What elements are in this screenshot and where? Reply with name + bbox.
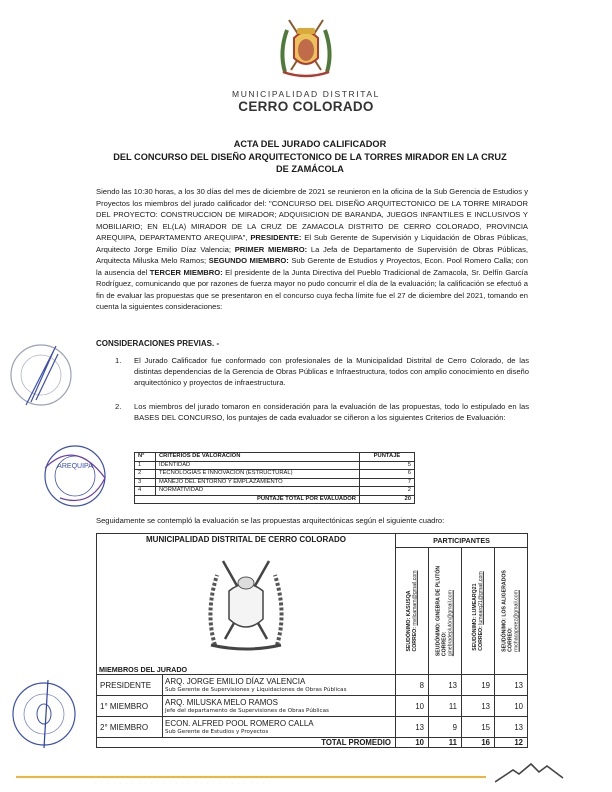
criterion-number: 4 <box>135 487 156 496</box>
member-role: 2° MIEMBRO <box>97 717 163 738</box>
member-role: PRESIDENTE <box>97 675 163 696</box>
member-job: Jefe del departamento de Supervisiones d… <box>165 707 393 715</box>
score-cell: 11 <box>429 696 462 717</box>
criterion-name: IDENTIDAD <box>156 461 360 470</box>
score-cell: 13 <box>495 675 528 696</box>
table-row: 4 NORMATIVIDAD 2 <box>135 487 415 496</box>
official-stamp-icon <box>6 340 76 410</box>
jury-label: MIEMBROS DEL JURADO <box>97 665 396 675</box>
total-label: TOTAL PROMEDIO <box>97 738 396 748</box>
participant-email: mvilcamam@gmail.com <box>412 570 418 625</box>
evaluation-intro: Seguidamente se contempló la evaluación … <box>96 516 444 525</box>
col-header-score: PUNTAJE <box>360 453 415 462</box>
official-stamp-icon: AREQUIPA <box>40 438 110 514</box>
member-job: Sub Gerente de Estudios y Proyectos <box>165 728 393 736</box>
participants-header: PARTICIPANTES <box>396 534 528 548</box>
participant-email: lumearq21@gmail.com <box>478 571 484 624</box>
intro-paragraph: Siendo las 10:30 horas, a los 30 días de… <box>96 186 528 313</box>
criterion-number: 2 <box>135 470 156 479</box>
score-cell: 13 <box>429 675 462 696</box>
table-row: 3 MANEJO DEL ENTORNO Y EMPLAZAMIENTO 7 <box>135 478 415 487</box>
mountains-logo-icon <box>495 762 575 784</box>
score-cell: 10 <box>396 696 429 717</box>
criterion-number: 1 <box>135 461 156 470</box>
score-cell: 10 <box>495 696 528 717</box>
total-score: 10 <box>396 738 429 748</box>
criterion-number: 3 <box>135 478 156 487</box>
table-row: PRESIDENTE ARQ. JORGE EMILIO DÍAZ VALENC… <box>97 675 528 696</box>
criteria-total-label: PUNTAJE TOTAL POR EVALUADOR <box>135 495 360 504</box>
table-row: 1 IDENTIDAD 5 <box>135 461 415 470</box>
official-stamp-icon <box>8 678 80 750</box>
criterion-name: MANEJO DEL ENTORNO Y EMPLAZAMIENTO <box>156 478 360 487</box>
participant-email: rmchacaperez@gmail.com <box>514 570 520 652</box>
criterion-score: 5 <box>360 461 415 470</box>
svg-text:AREQUIPA: AREQUIPA <box>57 463 93 470</box>
score-cell: 13 <box>462 696 495 717</box>
member-name: ARQ. MILUSKA MELO RAMOS <box>165 698 393 707</box>
score-cell: 13 <box>396 717 429 738</box>
total-row: TOTAL PROMEDIO 10 11 16 12 <box>97 738 528 748</box>
participant-header: SEUDÓNIMO: LUMEARQ21CORREO: lumearq21@gm… <box>462 547 495 675</box>
score-cell: 8 <box>396 675 429 696</box>
score-cell: 19 <box>462 675 495 696</box>
table-row: 2 TECNOLOGÍAS E INNOVACIÓN (ESTRUCTURAL)… <box>135 470 415 479</box>
participant-header: SEUDÓNIMO: GINEBRA DE PLUTÓNCORREO:gineb… <box>429 547 462 675</box>
total-score: 12 <box>495 738 528 748</box>
member-cell: ECON. ALFRED POOL ROMERO CALLA Sub Geren… <box>163 717 396 738</box>
member-cell: ARQ. JORGE EMILIO DÍAZ VALENCIA Sub Gere… <box>163 675 396 696</box>
member-name: ECON. ALFRED POOL ROMERO CALLA <box>165 719 393 728</box>
criteria-table: N° CRITERIOS DE VALORACIÓN PUNTAJE 1 IDE… <box>134 452 415 504</box>
criteria-total-row: PUNTAJE TOTAL POR EVALUADOR 20 <box>135 495 415 504</box>
letterhead: MUNICIPALIDAD DISTRITAL CERRO COLORADO <box>0 12 612 114</box>
criteria-header-row: N° CRITERIOS DE VALORACIÓN PUNTAJE <box>135 453 415 462</box>
primer-miembro-label: PRIMER MIEMBRO: <box>235 245 307 254</box>
municipality-header: MUNICIPALIDAD DISTRITAL DE CERRO COLORAD… <box>97 534 396 548</box>
score-cell: 9 <box>429 717 462 738</box>
total-score: 16 <box>462 738 495 748</box>
crest-cell <box>97 547 396 665</box>
member-job: Sub Gerente de Supervisiones y Liquidaci… <box>165 686 393 694</box>
col-header-number: N° <box>135 453 156 462</box>
coat-of-arms-icon <box>271 12 341 82</box>
footer-text: . . . . . . . . . . . . . . . . . . . . … <box>95 780 272 785</box>
item-number: 2. <box>115 401 121 412</box>
tercer-miembro-label: TERCER MIEMBRO: <box>150 268 223 277</box>
title-line-2: DEL CONCURSO DEL DISEÑO ARQUITECTONICO D… <box>80 151 540 164</box>
col-header-criterion: CRITERIOS DE VALORACIÓN <box>156 453 360 462</box>
member-name: ARQ. JORGE EMILIO DÍAZ VALENCIA <box>165 677 393 686</box>
title-line-3: DE ZAMÁCOLA <box>80 163 540 176</box>
criterion-name: NORMATIVIDAD <box>156 487 360 496</box>
considerations-title: CONSIDERACIONES PREVIAS. - <box>96 339 219 348</box>
criterion-score: 7 <box>360 478 415 487</box>
item-text: El Jurado Calificador fue conformado con… <box>134 355 529 388</box>
consideration-item: 1. El Jurado Calificador fue conformado … <box>115 355 529 388</box>
segundo-miembro-label: SEGUNDO MIEMBRO: <box>209 256 289 265</box>
criterion-name: TECNOLOGÍAS E INNOVACIÓN (ESTRUCTURAL) <box>156 470 360 479</box>
participant-header: SEUDÓNIMO: KASUSQACORREO: mvilcamam@gmai… <box>396 547 429 675</box>
member-cell: ARQ. MILUSKA MELO RAMOS Jefe del departa… <box>163 696 396 717</box>
participant-header: SEUDÓNIMO: LOS ALIGERADOSCORREO:rmchacap… <box>495 547 528 675</box>
criterion-score: 6 <box>360 470 415 479</box>
item-number: 1. <box>115 355 121 366</box>
presidente-label: PRESIDENTE: <box>250 233 301 242</box>
item-text: Los miembros del jurado tomaron en consi… <box>134 401 529 423</box>
document-title: ACTA DEL JURADO CALIFICADOR DEL CONCURSO… <box>80 138 540 176</box>
coat-of-arms-icon <box>201 553 291 658</box>
table-row: 2° MIEMBRO ECON. ALFRED POOL ROMERO CALL… <box>97 717 528 738</box>
municipality-label: MUNICIPALIDAD DISTRITAL <box>0 89 612 99</box>
criterion-score: 2 <box>360 487 415 496</box>
score-cell: 15 <box>462 717 495 738</box>
title-line-1: ACTA DEL JURADO CALIFICADOR <box>80 138 540 151</box>
member-role: 1° MIEMBRO <box>97 696 163 717</box>
score-cell: 13 <box>495 717 528 738</box>
table-row: 1° MIEMBRO ARQ. MILUSKA MELO RAMOS Jefe … <box>97 696 528 717</box>
footer-divider <box>16 776 486 778</box>
evaluation-table: MUNICIPALIDAD DISTRITAL DE CERRO COLORAD… <box>96 533 528 748</box>
email-label: CORREO: <box>478 626 484 651</box>
total-score: 11 <box>429 738 462 748</box>
email-label: CORREO: <box>412 627 418 652</box>
municipality-name: CERRO COLORADO <box>0 99 612 114</box>
participant-email: ginebradeplutón@gmail.com <box>448 566 454 656</box>
criteria-total-value: 20 <box>360 495 415 504</box>
consideration-item: 2. Los miembros del jurado tomaron en co… <box>115 401 529 423</box>
